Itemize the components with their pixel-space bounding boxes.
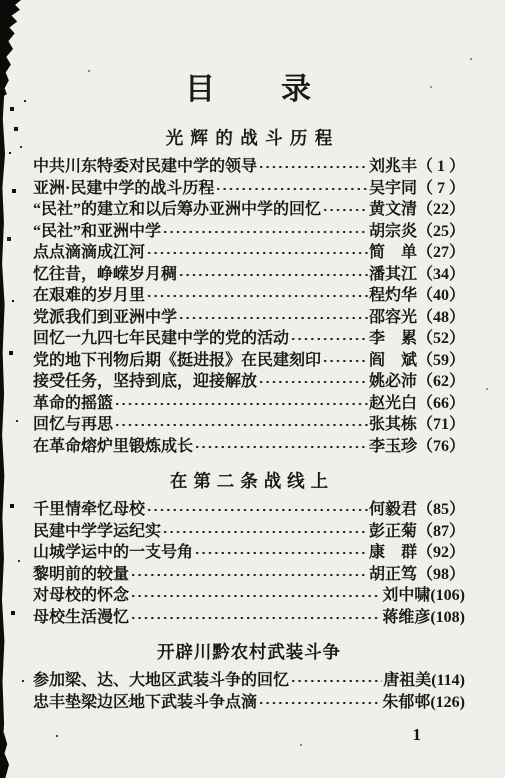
dot-leader (114, 414, 368, 436)
toc-entry: 对母校的怀念 刘中啸 (106) (33, 585, 465, 607)
entry-author: 蒋维彦 (382, 607, 430, 629)
entry-page: （62） (417, 371, 465, 393)
entry-title: 在革命熔炉里锻炼成长 (33, 436, 193, 458)
toc-entry: 母校生活漫忆 蒋维彦 (108) (33, 607, 465, 629)
section-header: 开辟川黔农村武装斗争 (33, 640, 465, 664)
toc-entry: 忆往昔，峥嵘岁月稠 潘其江 （34） (33, 264, 465, 286)
toc-entry: 点点滴滴成江河 简 单 （27） (33, 242, 465, 264)
entry-title: 民建中学学运纪实 (33, 521, 161, 543)
entry-author: 李 累 (369, 328, 417, 350)
entry-page: (108) (430, 607, 465, 629)
toc-entry: 参加梁、达、大地区武装斗争的回忆 唐祖美 (114) (33, 670, 465, 692)
entry-author: 康 群 (369, 542, 417, 564)
dot-leader (146, 499, 368, 521)
entry-page: （40） (417, 285, 465, 307)
dot-leader (258, 371, 368, 393)
entry-author: 阎 斌 (369, 350, 417, 372)
entry-author: 刘兆丰 (369, 156, 417, 178)
dot-leader (146, 285, 368, 307)
section-header: 光辉的战斗历程 (33, 126, 465, 150)
dot-leader (162, 221, 368, 243)
dot-leader (215, 178, 368, 200)
entry-author: 程灼华 (369, 285, 417, 307)
entry-title: 对母校的怀念 (33, 585, 129, 607)
page-number: 1 (33, 725, 465, 745)
section-entries: 千里情牵忆母校 何毅君 （85） 民建中学学运纪实 彭正菊 （87） 山城学运中… (33, 499, 465, 628)
entry-title: 革命的摇篮 (33, 393, 113, 415)
entry-author: 简 单 (369, 242, 417, 264)
entry-title: 党派我们到亚洲中学 (33, 307, 177, 329)
entry-author: 唐祖美 (383, 670, 431, 692)
entry-page: （27） (417, 242, 465, 264)
toc-entry: 在革命熔炉里锻炼成长 李玉珍 （76） (33, 436, 465, 458)
entry-author: 胡正笃 (369, 564, 417, 586)
entry-author: 何毅君 (369, 499, 417, 521)
dot-leader (194, 542, 368, 564)
entry-page: （48） (417, 307, 465, 329)
toc-entry: 忠丰垫梁边区地下武装斗争点滴 朱郁邨 (126) (33, 692, 465, 714)
entry-page: (114) (431, 670, 465, 692)
dot-leader (194, 436, 368, 458)
dot-leader (146, 242, 368, 264)
toc-sections: 光辉的战斗历程 中共川东特委对民建中学的领导 刘兆丰 （ 1 ） 亚洲·民建中学… (33, 126, 465, 713)
entry-title: “民社”的建立和以后筹办亚洲中学的回忆 (33, 199, 321, 221)
entry-title: 党的地下刊物后期《挺进报》在民建刻印 (33, 350, 321, 372)
dot-leader (130, 607, 381, 629)
entry-title: 回忆一九四七年民建中学的党的活动 (33, 328, 289, 350)
toc-section: 在第二条战线上 千里情牵忆母校 何毅君 （85） 民建中学学运纪实 彭正菊 （8… (33, 469, 465, 628)
entry-page: （22） (417, 199, 465, 221)
dot-leader (290, 670, 382, 692)
entry-author: 黄文清 (369, 199, 417, 221)
entry-title: 忠丰垫梁边区地下武装斗争点滴 (33, 692, 257, 714)
entry-page: （66） (417, 393, 465, 415)
section-entries: 中共川东特委对民建中学的领导 刘兆丰 （ 1 ） 亚洲·民建中学的战斗历程 吴宇… (33, 156, 465, 457)
toc-entry: “民社”的建立和以后筹办亚洲中学的回忆 黄文清 （22） (33, 199, 465, 221)
toc-entry: 黎明前的较量 胡正笃 （98） (33, 564, 465, 586)
dot-leader (130, 585, 381, 607)
dot-leader (290, 328, 368, 350)
entry-author: 张其栋 (369, 414, 417, 436)
section-entries: 参加梁、达、大地区武装斗争的回忆 唐祖美 (114) 忠丰垫梁边区地下武装斗争点… (33, 670, 465, 713)
toc-entry: 亚洲·民建中学的战斗历程 吴宇同 （ 7 ） (33, 178, 465, 200)
toc-entry: 党的地下刊物后期《挺进报》在民建刻印 阎 斌 （59） (33, 350, 465, 372)
entry-page: （34） (417, 264, 465, 286)
toc-entry: 民建中学学运纪实 彭正菊 （87） (33, 521, 465, 543)
entry-author: 刘中啸 (382, 585, 430, 607)
entry-page: （25） (417, 221, 465, 243)
toc-entry: 回忆一九四七年民建中学的党的活动 李 累 （52） (33, 328, 465, 350)
entry-page: （85） (417, 499, 465, 521)
toc-entry: 回忆与再思 张其栋 （71） (33, 414, 465, 436)
toc-entry: 革命的摇篮 赵光白 （66） (33, 393, 465, 415)
entry-page: （98） (417, 564, 465, 586)
dot-leader (130, 564, 368, 586)
entry-title: 点点滴滴成江河 (33, 242, 145, 264)
scanned-toc-page: { "page": { "title": "目 录", "page_number… (0, 0, 505, 778)
entry-title: 忆往昔，峥嵘岁月稠 (33, 264, 177, 286)
entry-title: 在艰难的岁月里 (33, 285, 145, 307)
toc-entry: 千里情牵忆母校 何毅君 （85） (33, 499, 465, 521)
entry-author: 朱郁邨 (382, 692, 430, 714)
toc-section: 开辟川黔农村武装斗争 参加梁、达、大地区武装斗争的回忆 唐祖美 (114) 忠丰… (33, 640, 465, 713)
page-title: 目 录 (33, 72, 465, 108)
entry-author: 潘其江 (369, 264, 417, 286)
toc-entry: 在艰难的岁月里 程灼华 （40） (33, 285, 465, 307)
toc-entry: 中共川东特委对民建中学的领导 刘兆丰 （ 1 ） (33, 156, 465, 178)
entry-page: （87） (417, 521, 465, 543)
entry-title: 参加梁、达、大地区武装斗争的回忆 (33, 670, 289, 692)
entry-page: （92） (417, 542, 465, 564)
entry-title: 中共川东特委对民建中学的领导 (33, 156, 257, 178)
entry-page: （76） (417, 436, 465, 458)
dot-leader (178, 307, 368, 329)
entry-author: 邵容光 (369, 307, 417, 329)
entry-page: （ 7 ） (417, 178, 465, 200)
dot-leader (178, 264, 368, 286)
entry-page: （59） (417, 350, 465, 372)
entry-author: 胡宗炎 (369, 221, 417, 243)
entry-page: (106) (430, 585, 465, 607)
entry-title: 亚洲·民建中学的战斗历程 (33, 178, 214, 200)
section-header: 在第二条战线上 (33, 469, 465, 493)
entry-author: 吴宇同 (369, 178, 417, 200)
toc-entry: 山城学运中的一支号角 康 群 （92） (33, 542, 465, 564)
dot-leader (258, 156, 368, 178)
entry-page: （52） (417, 328, 465, 350)
entry-title: 回忆与再思 (33, 414, 113, 436)
toc-entry: 党派我们到亚洲中学 邵容光 （48） (33, 307, 465, 329)
entry-title: “民社”和亚洲中学 (33, 221, 161, 243)
entry-page: (126) (430, 692, 465, 714)
entry-author: 姚必沛 (369, 371, 417, 393)
entry-page: （71） (417, 414, 465, 436)
dot-leader (114, 393, 368, 415)
entry-author: 李玉珍 (369, 436, 417, 458)
entry-title: 黎明前的较量 (33, 564, 129, 586)
entry-page: （ 1 ） (417, 156, 465, 178)
dot-leader (322, 350, 368, 372)
toc-content: 目 录 光辉的战斗历程 中共川东特委对民建中学的领导 刘兆丰 （ 1 ） 亚洲·… (0, 0, 505, 745)
entry-title: 接受任务，坚持到底，迎接解放 (33, 371, 257, 393)
entry-title: 山城学运中的一支号角 (33, 542, 193, 564)
toc-entry: 接受任务，坚持到底，迎接解放 姚必沛 （62） (33, 371, 465, 393)
entry-title: 千里情牵忆母校 (33, 499, 145, 521)
dot-leader (162, 521, 368, 543)
entry-author: 赵光白 (369, 393, 417, 415)
toc-section: 光辉的战斗历程 中共川东特委对民建中学的领导 刘兆丰 （ 1 ） 亚洲·民建中学… (33, 126, 465, 457)
entry-title: 母校生活漫忆 (33, 607, 129, 629)
toc-entry: “民社”和亚洲中学 胡宗炎 （25） (33, 221, 465, 243)
dot-leader (322, 199, 368, 221)
entry-author: 彭正菊 (369, 521, 417, 543)
dot-leader (258, 692, 381, 714)
